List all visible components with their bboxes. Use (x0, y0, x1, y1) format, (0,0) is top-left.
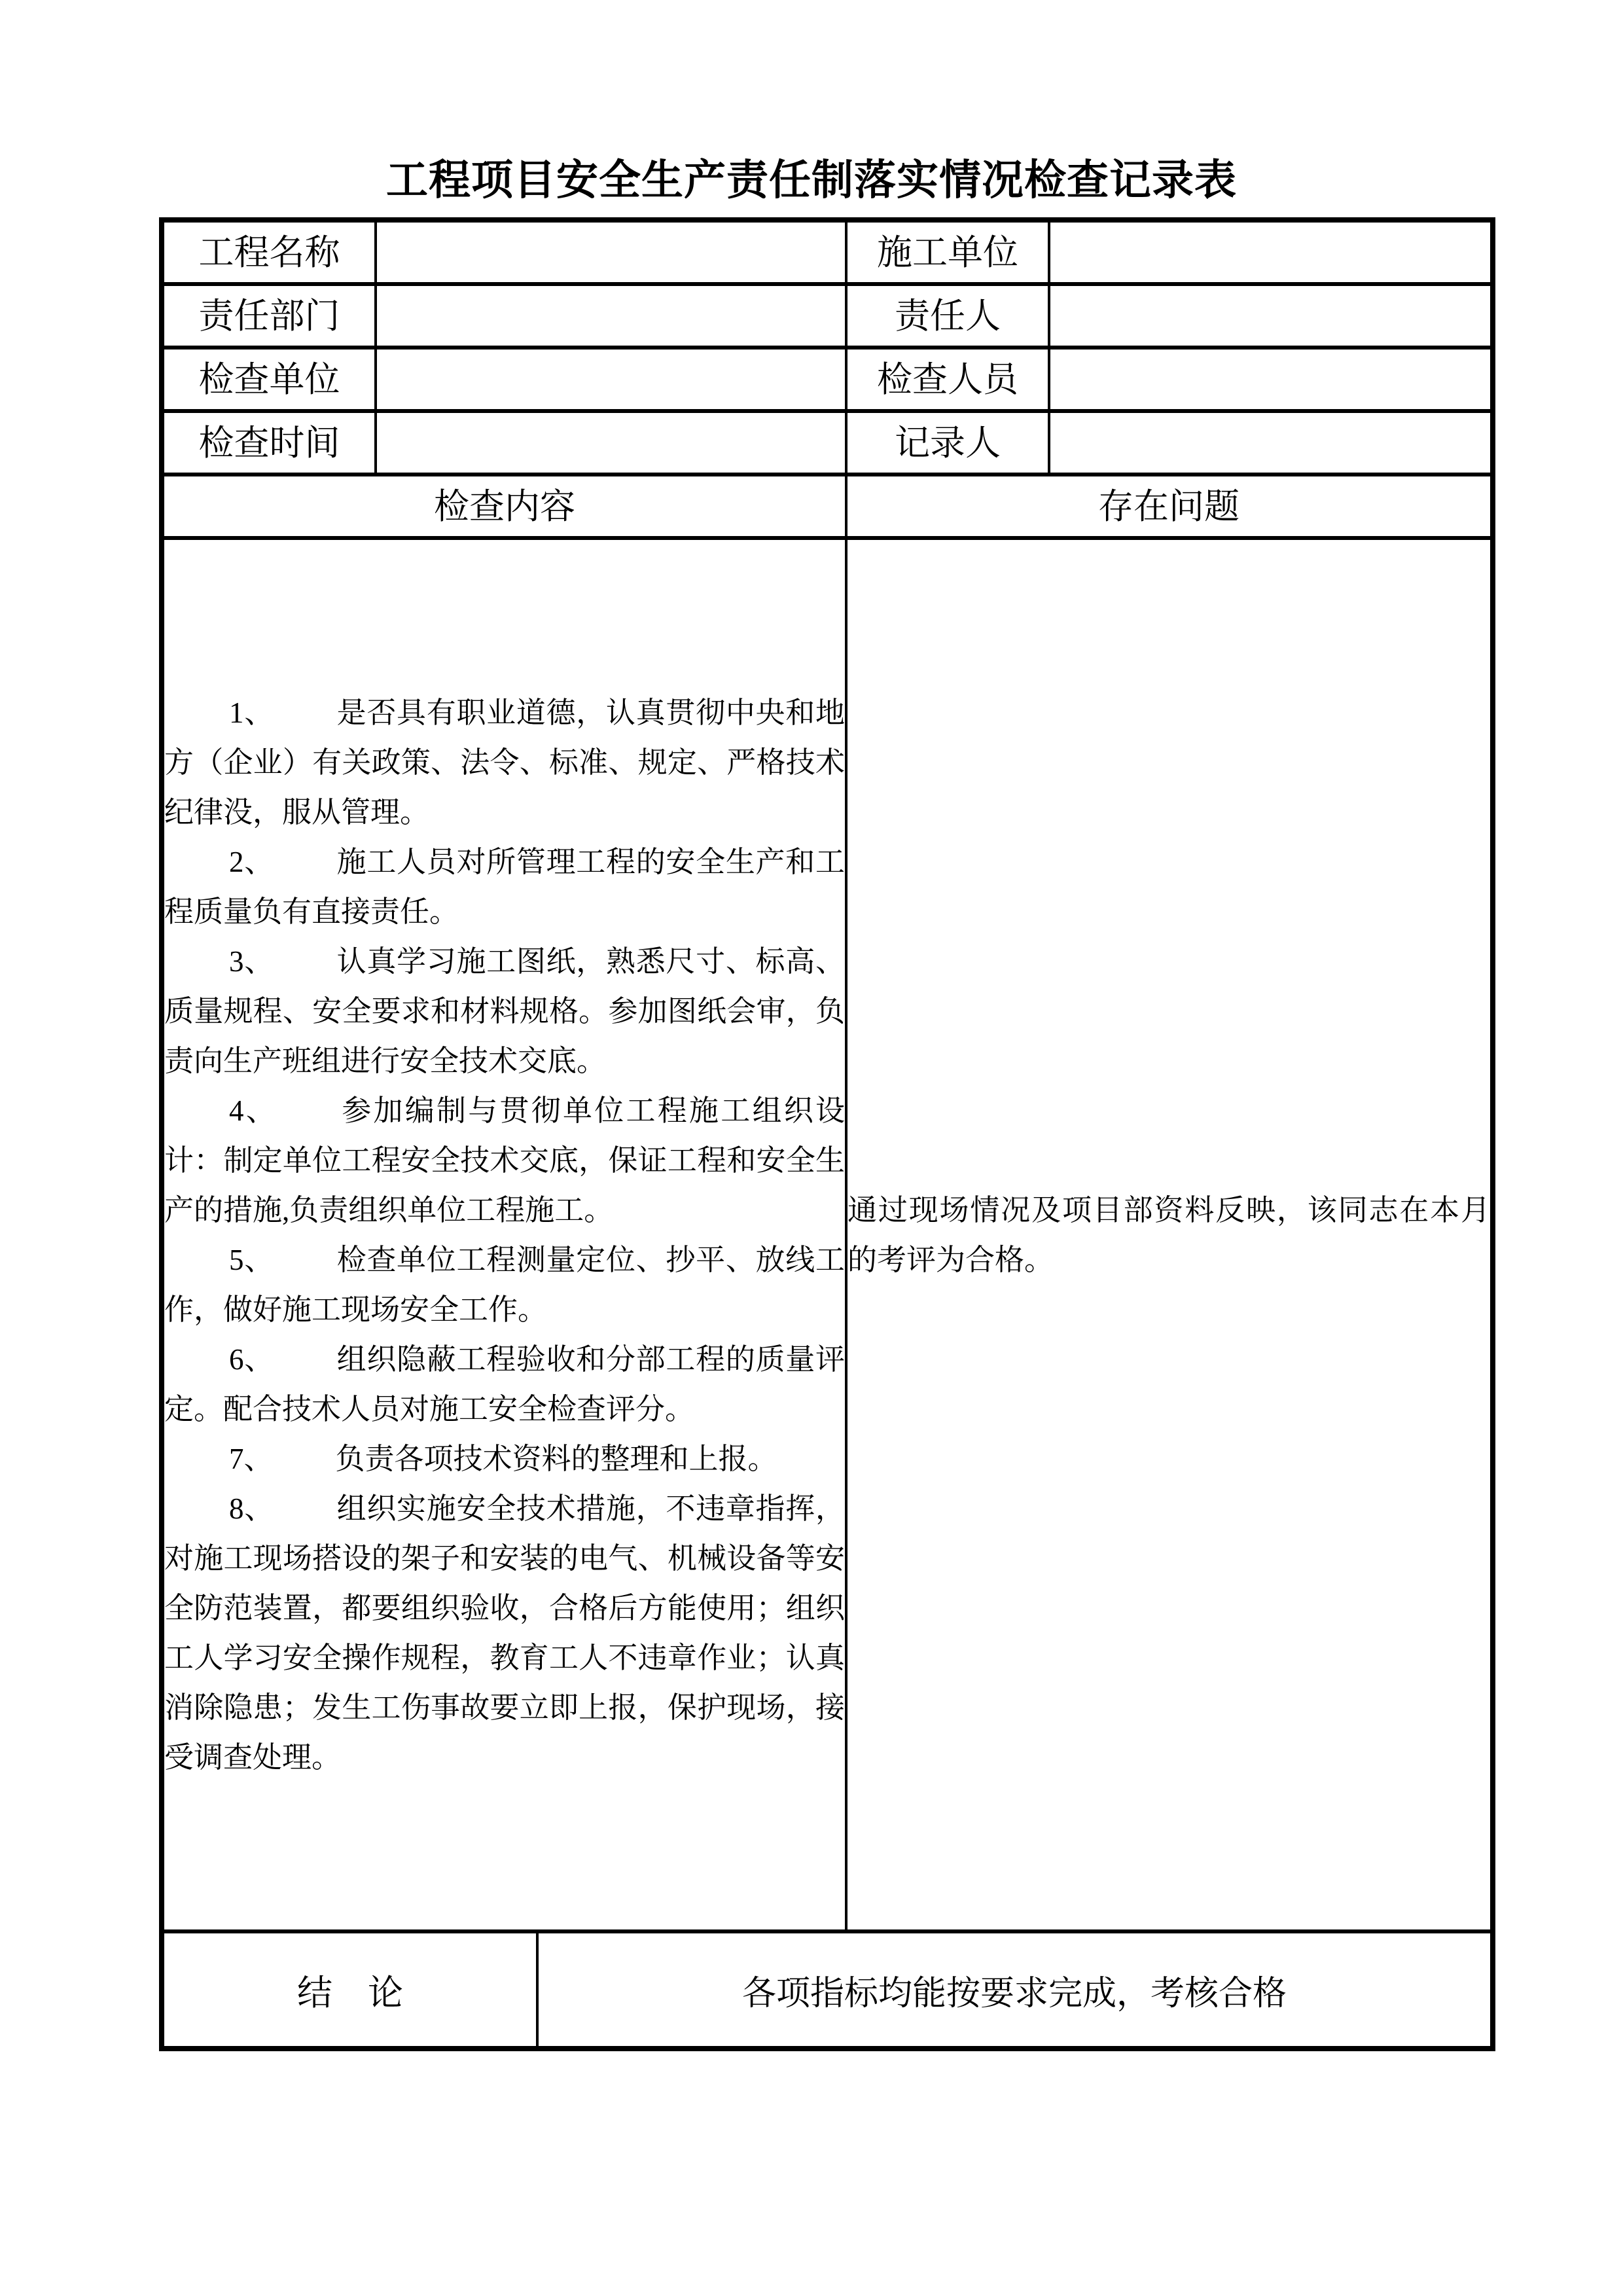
recorder-label: 记录人 (846, 411, 1049, 475)
responsible-dept-label: 责任部门 (162, 284, 376, 348)
tab-gap (274, 722, 336, 723)
inspection-time-value[interactable] (376, 411, 846, 475)
info-row-inspection-unit: 检查单位 检查人员 (162, 348, 1493, 411)
inspection-content-header: 检查内容 (162, 475, 846, 538)
check-item: 8、组织实施安全技术措施，不违章指挥，对施工现场搭设的架子和安装的电气、机械设备… (164, 1484, 845, 1782)
check-item: 7、负责各项技术资料的整理和上报。 (164, 1434, 845, 1484)
item-text: 组织实施安全技术措施，不违章指挥，对施工现场搭设的架子和安装的电气、机械设备等安… (164, 1492, 845, 1774)
item-number: 7、 (229, 1443, 274, 1475)
info-row-inspection-time: 检查时间 记录人 (162, 411, 1493, 475)
tab-gap (274, 1468, 336, 1469)
tab-gap (277, 1120, 340, 1121)
tab-gap (274, 1269, 336, 1270)
problems-cell: 通过现场情况及项目部资料反映，该同志在本月的考评为合格。 (846, 538, 1493, 1931)
conclusion-label: 结 论 (162, 1931, 537, 2049)
item-number: 6、 (229, 1343, 274, 1376)
section-header-row: 检查内容 存在问题 (162, 475, 1493, 538)
responsible-person-label: 责任人 (846, 284, 1049, 348)
inspection-unit-label: 检查单位 (162, 348, 376, 411)
tab-gap (274, 1369, 336, 1369)
recorder-value[interactable] (1049, 411, 1493, 475)
info-row-project: 工程名称 施工单位 (162, 220, 1493, 284)
responsible-person-value[interactable] (1049, 284, 1493, 348)
check-item: 3、认真学习施工图纸，熟悉尺寸、标高、质量规程、安全要求和材料规格。参加图纸会审… (164, 937, 845, 1086)
item-number: 2、 (229, 846, 274, 878)
check-item: 5、检查单位工程测量定位、抄平、放线工作，做好施工现场安全工作。 (164, 1235, 845, 1335)
responsible-dept-value[interactable] (376, 284, 846, 348)
tab-gap (274, 971, 336, 971)
check-item: 1、是否具有职业道德，认真贯彻中央和地方（企业）有关政策、法令、标准、规定、严格… (164, 688, 845, 837)
item-number: 8、 (229, 1492, 274, 1525)
content-row: 1、是否具有职业道德，认真贯彻中央和地方（企业）有关政策、法令、标准、规定、严格… (162, 538, 1493, 1931)
project-name-label: 工程名称 (162, 220, 376, 284)
item-number: 5、 (229, 1244, 274, 1276)
existing-problems-header: 存在问题 (846, 475, 1493, 538)
project-name-value[interactable] (376, 220, 846, 284)
item-number: 4、 (229, 1094, 277, 1127)
tab-gap (274, 1518, 336, 1518)
construction-unit-label: 施工单位 (846, 220, 1049, 284)
check-items-cell: 1、是否具有职业道德，认真贯彻中央和地方（企业）有关政策、法令、标准、规定、严格… (162, 538, 846, 1931)
construction-unit-value[interactable] (1049, 220, 1493, 284)
item-number: 3、 (229, 945, 274, 978)
info-row-responsible: 责任部门 责任人 (162, 284, 1493, 348)
check-item: 2、施工人员对所管理工程的安全生产和工程质量负有直接责任。 (164, 837, 845, 937)
check-item: 6、组织隐蔽工程验收和分部工程的质量评定。配合技术人员对施工安全检查评分。 (164, 1335, 845, 1434)
conclusion-row: 结 论 各项指标均能按要求完成，考核合格 (162, 1931, 1493, 2049)
inspection-record-table: 工程名称 施工单位 责任部门 责任人 检查单位 检查人员 检查时间 记录人 检查… (159, 217, 1495, 2051)
inspection-unit-value[interactable] (376, 348, 846, 411)
inspectors-label: 检查人员 (846, 348, 1049, 411)
conclusion-value: 各项指标均能按要求完成，考核合格 (537, 1931, 1493, 2049)
tab-gap (274, 871, 336, 872)
inspectors-value[interactable] (1049, 348, 1493, 411)
page-title: 工程项目安全生产责任制落实情况检查记录表 (0, 0, 1623, 207)
item-text: 负责各项技术资料的整理和上报。 (336, 1443, 777, 1475)
inspection-time-label: 检查时间 (162, 411, 376, 475)
problems-text: 通过现场情况及项目部资料反映，该同志在本月的考评为合格。 (847, 1185, 1490, 1285)
item-number: 1、 (229, 696, 274, 729)
check-item: 4、参加编制与贯彻单位工程施工组织设计：制定单位工程安全技术交底，保证工程和安全… (164, 1086, 845, 1235)
page: 工程项目安全生产责任制落实情况检查记录表 工程名称 施工单位 责任部门 责任人 … (0, 0, 1623, 2296)
